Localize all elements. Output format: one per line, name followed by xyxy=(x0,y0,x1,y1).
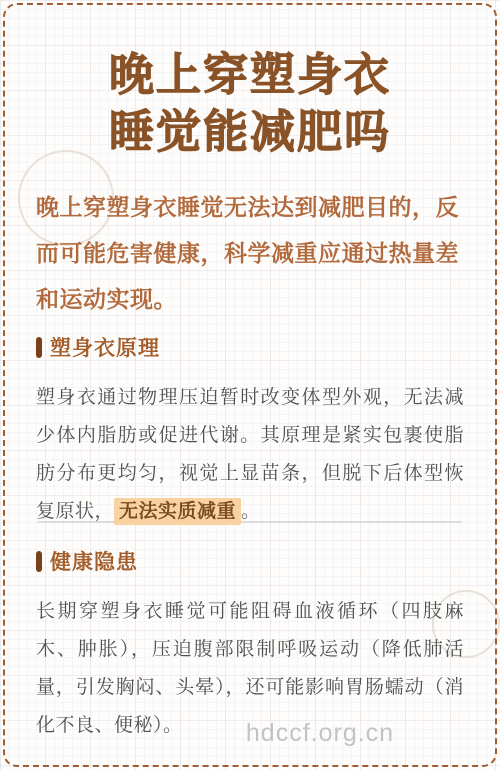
infographic-card: 晚上穿塑身衣 睡觉能减肥吗 晚上穿塑身衣睡觉无法达到减肥目的，反而可能危害健康，… xyxy=(0,0,500,770)
watermark-url: hdccf.org.cn xyxy=(230,719,410,748)
intro-summary: 晚上穿塑身衣睡觉无法达到减肥目的，反而可能危害健康，科学减重应通过热量差和运动实… xyxy=(36,184,464,322)
heading-bar-icon xyxy=(36,551,42,572)
page-title: 晚上穿塑身衣 睡觉能减肥吗 xyxy=(0,46,500,160)
section-health-risks: 健康隐患 长期穿塑身衣睡觉可能阻碍血液循环（四肢麻木、肿胀），压迫腹部限制呼吸运… xyxy=(36,546,464,745)
section-shapewear-principle: 塑身衣原理 塑身衣通过物理压迫暂时改变体型外观，无法减少体内脂肪或促进代谢。其原… xyxy=(36,332,464,531)
body-text-segment: 。 xyxy=(241,501,261,522)
page-title-line-2: 睡觉能减肥吗 xyxy=(0,103,500,160)
section-heading: 塑身衣原理 xyxy=(36,332,464,362)
heading-bar-icon xyxy=(36,337,42,358)
section-heading-label: 健康隐患 xyxy=(50,546,138,576)
section-heading: 健康隐患 xyxy=(36,546,464,576)
page-title-line-1: 晚上穿塑身衣 xyxy=(0,46,500,103)
section-body-text: 塑身衣通过物理压迫暂时改变体型外观，无法减少体内脂肪或促进代谢。其原理是紧实包裹… xyxy=(36,379,464,531)
highlighted-text: 无法实质减重 xyxy=(114,498,241,525)
section-heading-label: 塑身衣原理 xyxy=(50,332,160,362)
body-text-segment: 长期穿塑身衣睡觉可能阻碍血液循环（四肢麻木、肿胀），压迫腹部限制呼吸运动（降低肺… xyxy=(36,601,464,736)
